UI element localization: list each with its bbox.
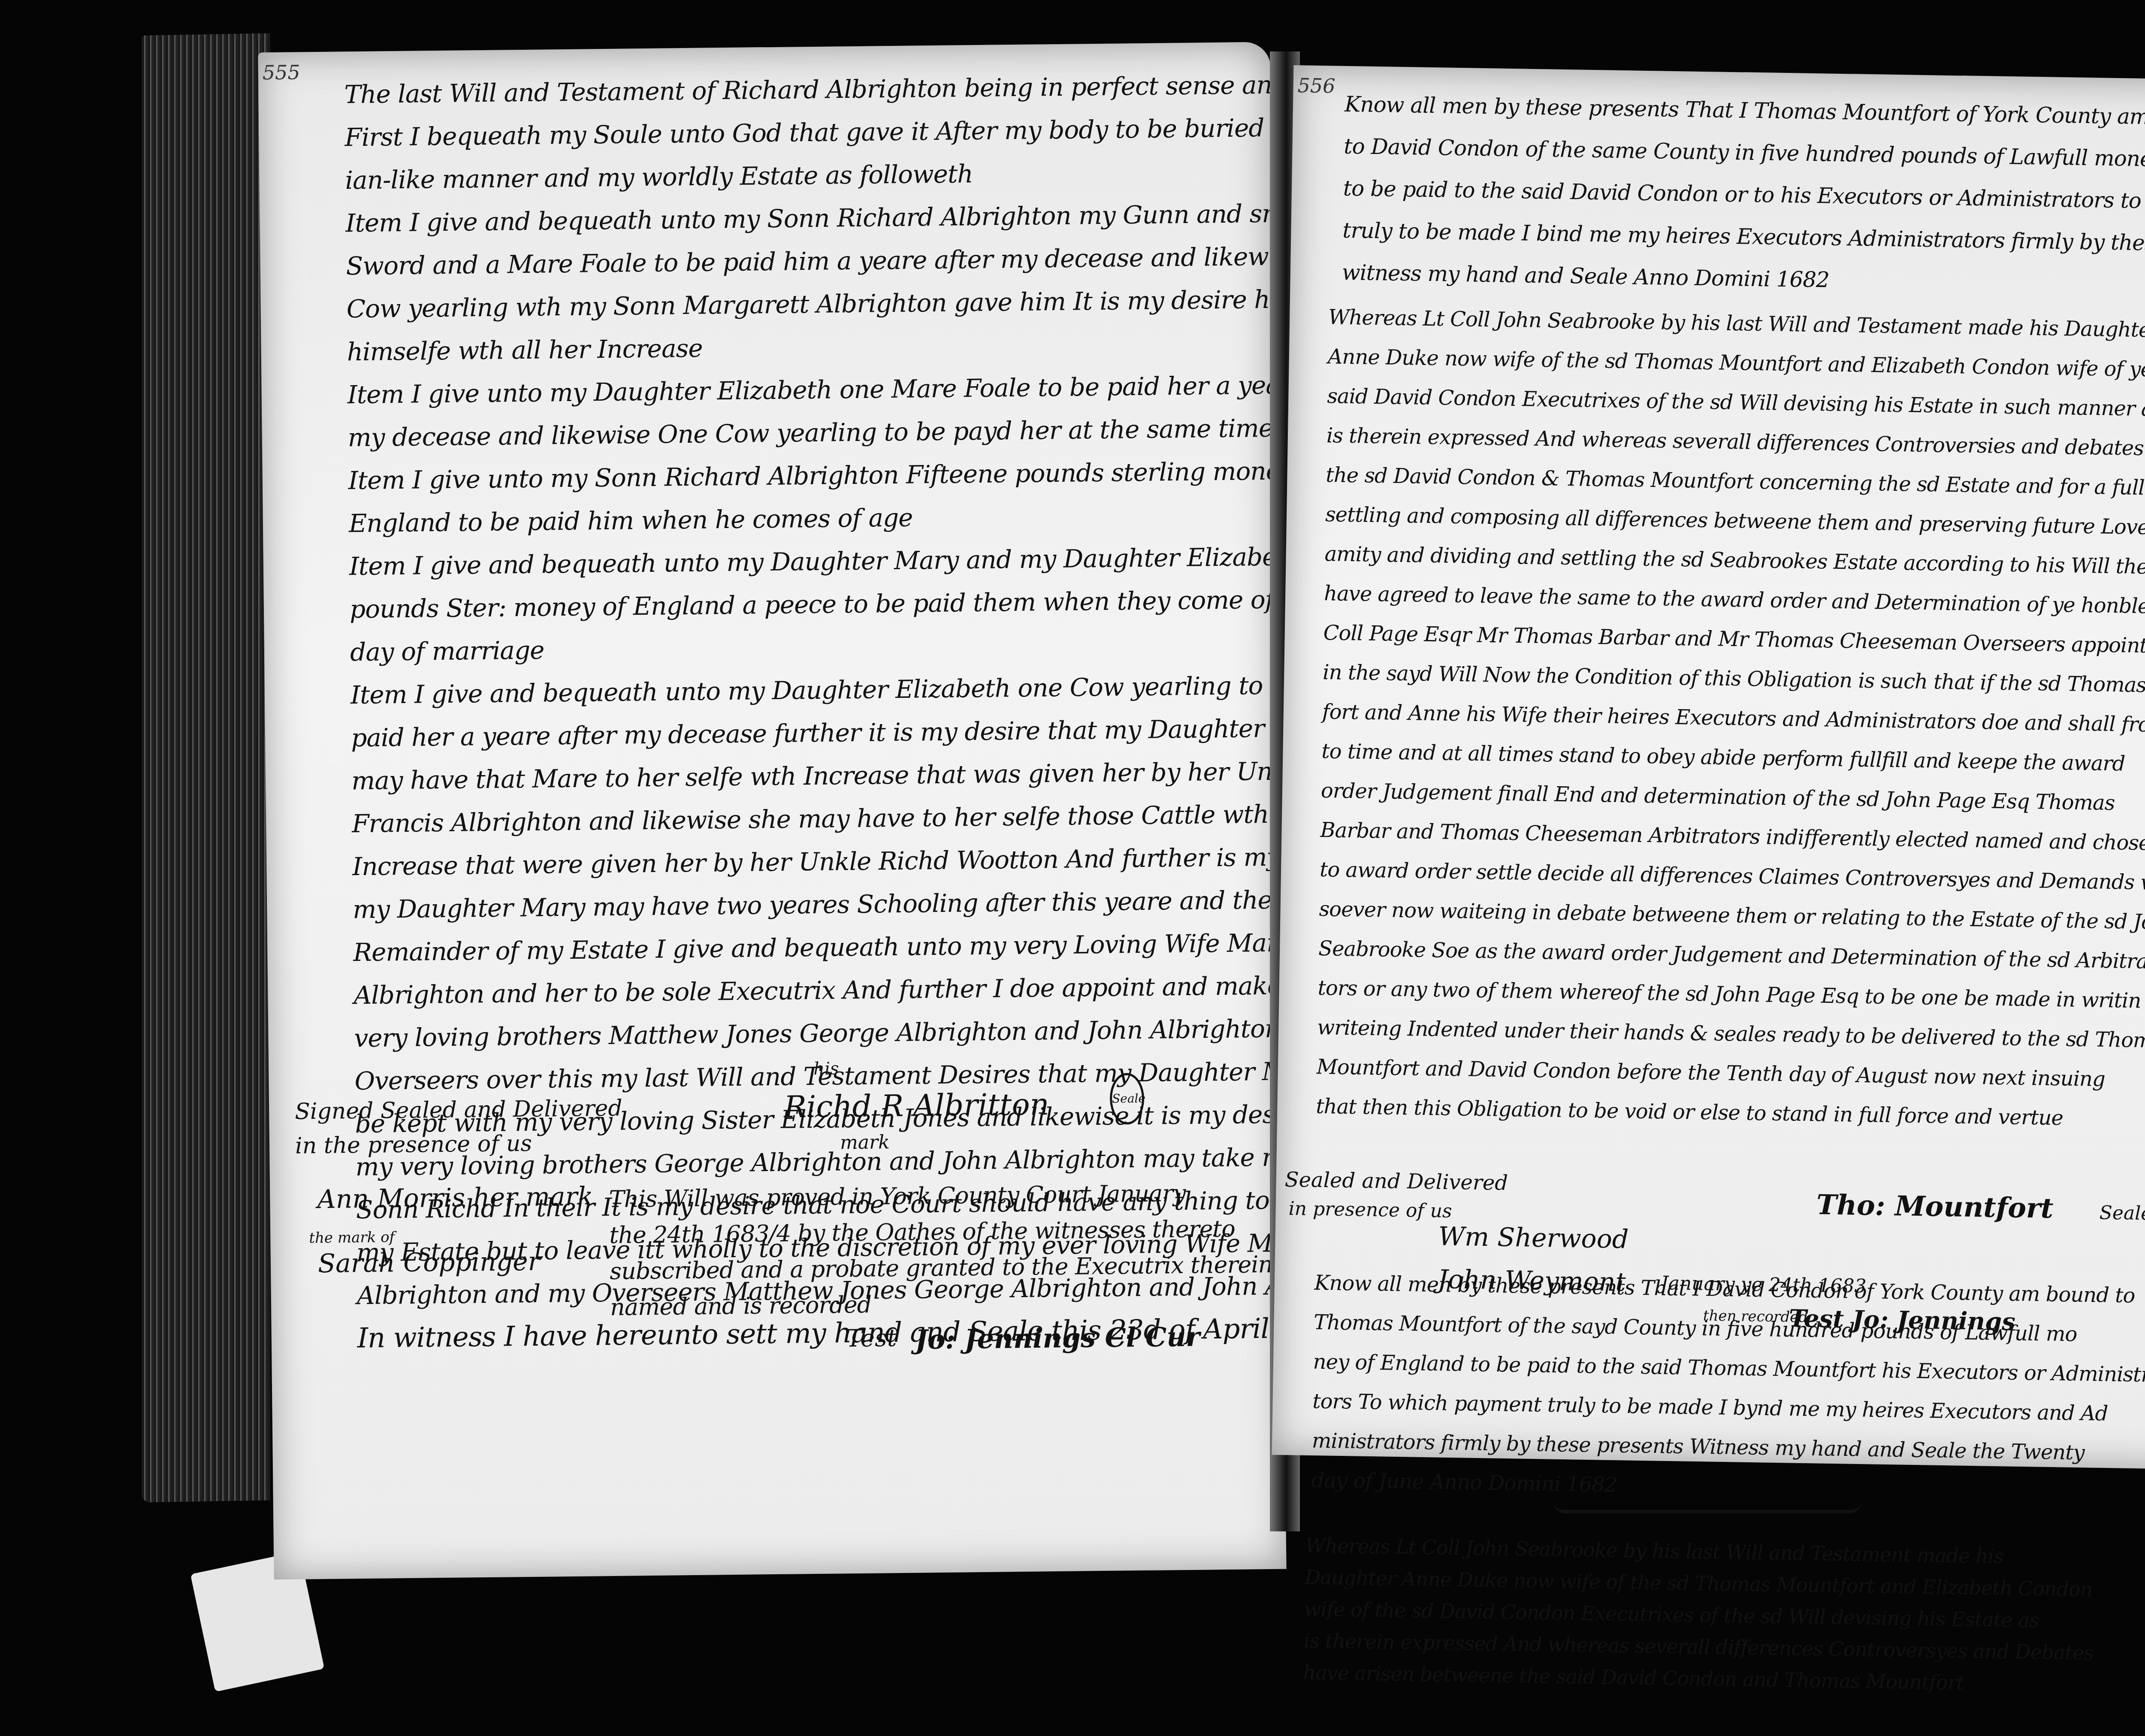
right-page: 556 Know all men by these presents That … (1272, 65, 2145, 1470)
left-page-number: 555 (263, 60, 300, 84)
witness-sarah-coppinger: Sarah Coppinger (318, 1247, 541, 1279)
testator-seal: Seale (1109, 1073, 1144, 1125)
obligor-signature-mountfort: Tho: Mountfort (1816, 1189, 2054, 1225)
testator-signature: Richd R Albritton (784, 1087, 1049, 1124)
presence-label-right: in presence of us (1288, 1198, 1452, 1222)
witness-mark-label: the mark of (309, 1229, 395, 1247)
probate-line: the 24th 1683/4 by the Oathes of the wit… (609, 1211, 1272, 1253)
testator-mark-label: mark (840, 1131, 890, 1153)
left-page: 555 The last Will and Testament of Richa… (258, 42, 1286, 1580)
probate-line: This Will was proved in York County Cour… (609, 1174, 1272, 1217)
clerk-test-label: Test (846, 1324, 897, 1353)
condition-seabrooke-text: Whereas Lt Coll John Seabrooke by his la… (1316, 297, 2145, 1142)
witness-ann-morris: Ann Morris her mark (317, 1181, 593, 1214)
testator-his-label: his (813, 1059, 839, 1079)
sealed-delivered-label: Sealed and Delivered (1284, 1168, 1508, 1195)
bond-mountfort-text: Know all men by these presents That I Th… (1341, 83, 2145, 308)
bond-condon-text: Know all men by these presents That I Da… (1311, 1263, 2145, 1513)
presence-label: in the presence of us (295, 1131, 532, 1159)
condition-condon-text: Whereas Lt Coll John Seabrooke by his la… (1303, 1530, 2095, 1701)
clerk-signature: Jo: Jennings Cl Cur (915, 1321, 1200, 1356)
witness-wm-sherwood: Wm Sherwood (1438, 1222, 1629, 1255)
obligor-seal-label: Seale (2099, 1202, 2145, 1225)
right-page-number: 556 (1297, 74, 1335, 97)
probate-line: subscribed and a probate granted to the … (610, 1247, 1273, 1289)
signed-sealed-delivered-label: Signed Sealed and Delivered (295, 1096, 622, 1125)
book-page-edges-left (142, 33, 270, 1502)
probate-note: This Will was proved in York County Cour… (609, 1174, 1273, 1325)
probate-line: named and is recorded (610, 1283, 1273, 1325)
flourish-line (1553, 1501, 1862, 1513)
